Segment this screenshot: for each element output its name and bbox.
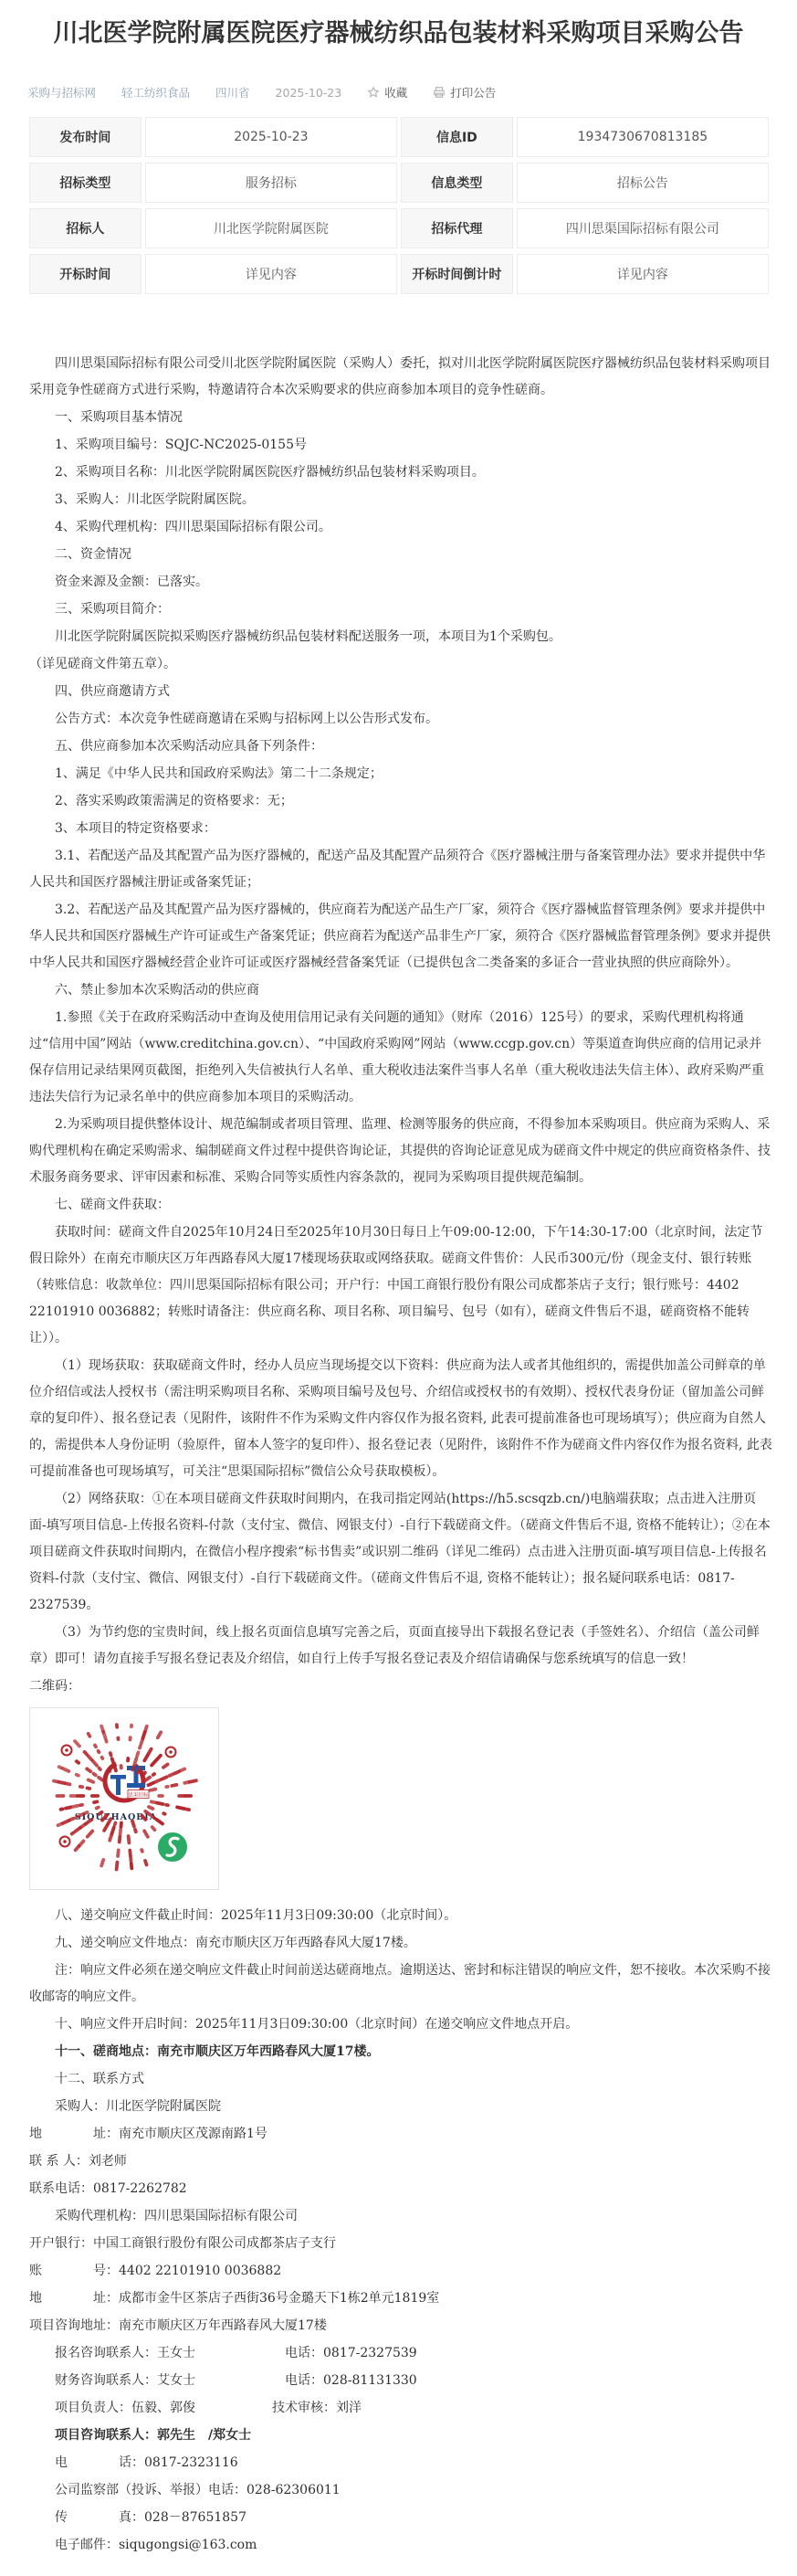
- info-label: 招标代理: [401, 208, 513, 248]
- article-paragraph: 地 址：成都市金牛区茶店子西街36号金璐天下1栋2单元1819室: [29, 2286, 773, 2312]
- info-value: 服务招标: [145, 163, 397, 203]
- page-title: 川北医学院附属医院医疗器械纺织品包装材料采购项目采购公告: [24, 16, 773, 51]
- article-paragraph: 联 系 人：刘老师: [29, 2148, 773, 2175]
- info-value: 川北医学院附属医院: [145, 208, 397, 248]
- info-value: 招标公告: [517, 163, 769, 203]
- bottom-spacer: [29, 2560, 773, 2576]
- breadcrumb-link[interactable]: 采购与招标网: [27, 86, 96, 100]
- article-section-top: 四川思渠国际招标有限公司受川北医学院附属医院（采购人）委托，拟对川北医学院附属医…: [29, 351, 773, 1700]
- breadcrumb-links: 采购与招标网轻工纺织食品四川省: [27, 84, 250, 100]
- article-paragraph: （详见磋商文件第五章）。: [29, 651, 773, 678]
- article-paragraph: 2、落实采购政策需满足的资格要求：无；: [29, 788, 773, 815]
- breadcrumb-link[interactable]: 四川省: [215, 86, 250, 100]
- article-paragraph: 五、供应商参加本次采购活动应具备下列条件：: [29, 734, 773, 760]
- article-paragraph: 3.2、若配送产品及其配置产品为医疗器械的，供应商若为配送产品生产厂家，须符合《…: [29, 897, 773, 977]
- article-paragraph: 川北医学院附属医院拟采购医疗器械纺织品包装材料配送服务一项，本项目为1个采购包。: [29, 624, 773, 650]
- miniprogram-icon: [157, 1832, 188, 1863]
- article-paragraph: 十二、联系方式: [29, 2066, 773, 2093]
- info-value: 四川思渠国际招标有限公司: [517, 208, 769, 248]
- info-value: 详见内容: [517, 254, 769, 294]
- article-paragraph: 公告方式：本次竞争性磋商邀请在采购与招标网上以公告形式发布。: [29, 706, 773, 733]
- article-paragraph: 注：响应文件必须在递交响应文件截止时间前送达磋商地点。逾期送达、密封和标注错误的…: [29, 1958, 773, 2011]
- qr-code-graphic: 思渠招标 SIQUZHAOBIA: [43, 1721, 205, 1876]
- info-label: 信息类型: [401, 163, 513, 203]
- article-paragraph: 二、资金情况: [29, 542, 773, 568]
- article-paragraph: 七、磋商文件获取：: [29, 1192, 773, 1219]
- article-paragraph: 九、递交响应文件地点：南充市顺庆区万年西路春风大厦17楼。: [29, 1930, 773, 1957]
- star-icon: [367, 86, 380, 99]
- article-paragraph: 1.参照《关于在政府采购活动中查询及使用信用记录有关问题的通知》（财库（2016…: [29, 1005, 773, 1111]
- info-label: 招标人: [29, 208, 142, 248]
- info-label: 开标时间: [29, 254, 142, 294]
- article-paragraph: 1、采购项目编号：SQJC-NC2025-0155号: [29, 432, 773, 459]
- breadcrumb-link[interactable]: 轻工纺织食品: [121, 86, 190, 100]
- article-paragraph: 十、响应文件开启时间：2025年11月3日09:30:00（北京时间）在递交响应…: [29, 2011, 773, 2038]
- announcement-info-table: 发布时间2025-10-23信息ID1934730670813185招标类型服务…: [26, 111, 772, 300]
- info-table-row: 招标人川北医学院附属医院招标代理四川思渠国际招标有限公司: [29, 208, 769, 248]
- article-paragraph: 2.为采购项目提供整体设计、规范编制或者项目管理、监理、检测等服务的供应商，不得…: [29, 1112, 773, 1191]
- article-paragraph: 十一、磋商地点：南充市顺庆区万年西路春风大厦17楼。: [29, 2039, 773, 2065]
- article-paragraph: 获取时间：磋商文件自2025年10月24日至2025年10月30日每日上午09:…: [29, 1219, 773, 1352]
- article-paragraph: 联系电话：0817-2262782: [29, 2176, 773, 2202]
- article-paragraph: 项目负责人：伍毅、郭俊 技术审核：刘洋: [29, 2395, 773, 2422]
- article-paragraph: 电 话：0817-2323116: [29, 2450, 773, 2476]
- favorite-label: 收藏: [384, 84, 407, 100]
- article-paragraph: 项目咨询地址：南充市顺庆区万年西路春风大厦17楼: [29, 2313, 773, 2339]
- article-paragraph: 传 真：028－87651857: [29, 2505, 773, 2531]
- article-paragraph: （1）现场获取：获取磋商文件时，经办人员应当现场提交以下资料：供应商为法人或者其…: [29, 1353, 773, 1485]
- info-label: 信息ID: [401, 117, 513, 157]
- wechat-qr-code: 思渠招标 SIQUZHAOBIA: [29, 1707, 219, 1890]
- article-paragraph: 公司监察部（投诉、举报）电话：028-62306011: [29, 2477, 773, 2504]
- print-button[interactable]: 打印公告: [433, 84, 496, 100]
- logo-caption: 思渠招标: [128, 1791, 149, 1799]
- article-paragraph: 采购人：川北医学院附属医院: [29, 2094, 773, 2120]
- publish-date: 2025-10-23: [276, 86, 342, 100]
- article-paragraph: （2）网络获取：①在本项目磋商文件获取时间期内，在我司指定网站(https://…: [29, 1486, 773, 1619]
- article-paragraph: 地 址：南充市顺庆区茂源南路1号: [29, 2121, 773, 2148]
- article-paragraph: 开户银行：中国工商银行股份有限公司成都茶店子支行: [29, 2231, 773, 2257]
- article-paragraph: 八、递交响应文件截止时间：2025年11月3日09:30:00（北京时间）。: [29, 1903, 773, 1929]
- article-paragraph: 4、采购代理机构：四川思渠国际招标有限公司。: [29, 514, 773, 541]
- info-label: 开标时间倒计时: [401, 254, 513, 294]
- article-paragraph: 电子邮件：siqugongsi@163.com: [29, 2532, 773, 2559]
- article-paragraph: 一、采购项目基本情况: [29, 405, 773, 431]
- article-paragraph: 四川思渠国际招标有限公司受川北医学院附属医院（采购人）委托，拟对川北医学院附属医…: [29, 351, 773, 404]
- article-section-bottom: 八、递交响应文件截止时间：2025年11月3日09:30:00（北京时间）。九、…: [29, 1903, 773, 2559]
- info-label: 发布时间: [29, 117, 142, 157]
- company-logo: 思渠招标: [98, 1755, 151, 1808]
- info-label: 招标类型: [29, 163, 142, 203]
- info-value: 详见内容: [145, 254, 397, 294]
- info-value: 2025-10-23: [145, 117, 397, 157]
- article-paragraph: 3.1、若配送产品及其配置产品为医疗器械的，配送产品及其配置产品须符合《医疗器械…: [29, 843, 773, 896]
- article-paragraph: 资金来源及金额：已落实。: [29, 569, 773, 596]
- article-paragraph: 三、采购项目简介：: [29, 596, 773, 623]
- article-paragraph: 二维码：: [29, 1673, 773, 1700]
- article-paragraph: 账 号：4402 22101910 0036882: [29, 2258, 773, 2285]
- breadcrumb: 采购与招标网轻工纺织食品四川省 2025-10-23 收藏 打印公告: [27, 84, 797, 100]
- article-paragraph: 报名咨询联系人：王女士 电话：0817-2327539: [29, 2340, 773, 2367]
- article-paragraph: 1、满足《中华人民共和国政府采购法》第二十二条规定；: [29, 761, 773, 787]
- info-table-row: 招标类型服务招标信息类型招标公告: [29, 163, 769, 203]
- article-paragraph: 2、采购项目名称：川北医学院附属医院医疗器械纺织品包装材料采购项目。: [29, 459, 773, 486]
- info-value: 1934730670813185: [517, 117, 769, 157]
- announcement-header: 川北医学院附属医院医疗器械纺织品包装材料采购项目采购公告: [0, 16, 797, 51]
- article-paragraph: 项目咨询联系人：郭先生 /郑女士: [29, 2423, 773, 2449]
- info-table-row: 开标时间详见内容开标时间倒计时详见内容: [29, 254, 769, 294]
- article-paragraph: 3、采购人：川北医学院附属医院。: [29, 487, 773, 513]
- favorite-button[interactable]: 收藏: [367, 84, 407, 100]
- print-label: 打印公告: [450, 84, 496, 100]
- announcement-body: 四川思渠国际招标有限公司受川北医学院附属医院（采购人）委托，拟对川北医学院附属医…: [29, 351, 773, 2576]
- info-table-row: 发布时间2025-10-23信息ID1934730670813185: [29, 117, 769, 157]
- article-paragraph: 采购代理机构：四川思渠国际招标有限公司: [29, 2203, 773, 2230]
- article-paragraph: （3）为节约您的宝贵时间，线上报名页面信息填写完善之后，页面直接导出下载报名登记…: [29, 1620, 773, 1673]
- article-paragraph: 六、禁止参加本次采购活动的供应商: [29, 977, 773, 1004]
- article-paragraph: 3、本项目的特定资格要求：: [29, 816, 773, 842]
- printer-icon: [433, 86, 446, 99]
- article-paragraph: 四、供应商邀请方式: [29, 679, 773, 705]
- article-paragraph: 财务咨询联系人：艾女士 电话：028-81131330: [29, 2368, 773, 2394]
